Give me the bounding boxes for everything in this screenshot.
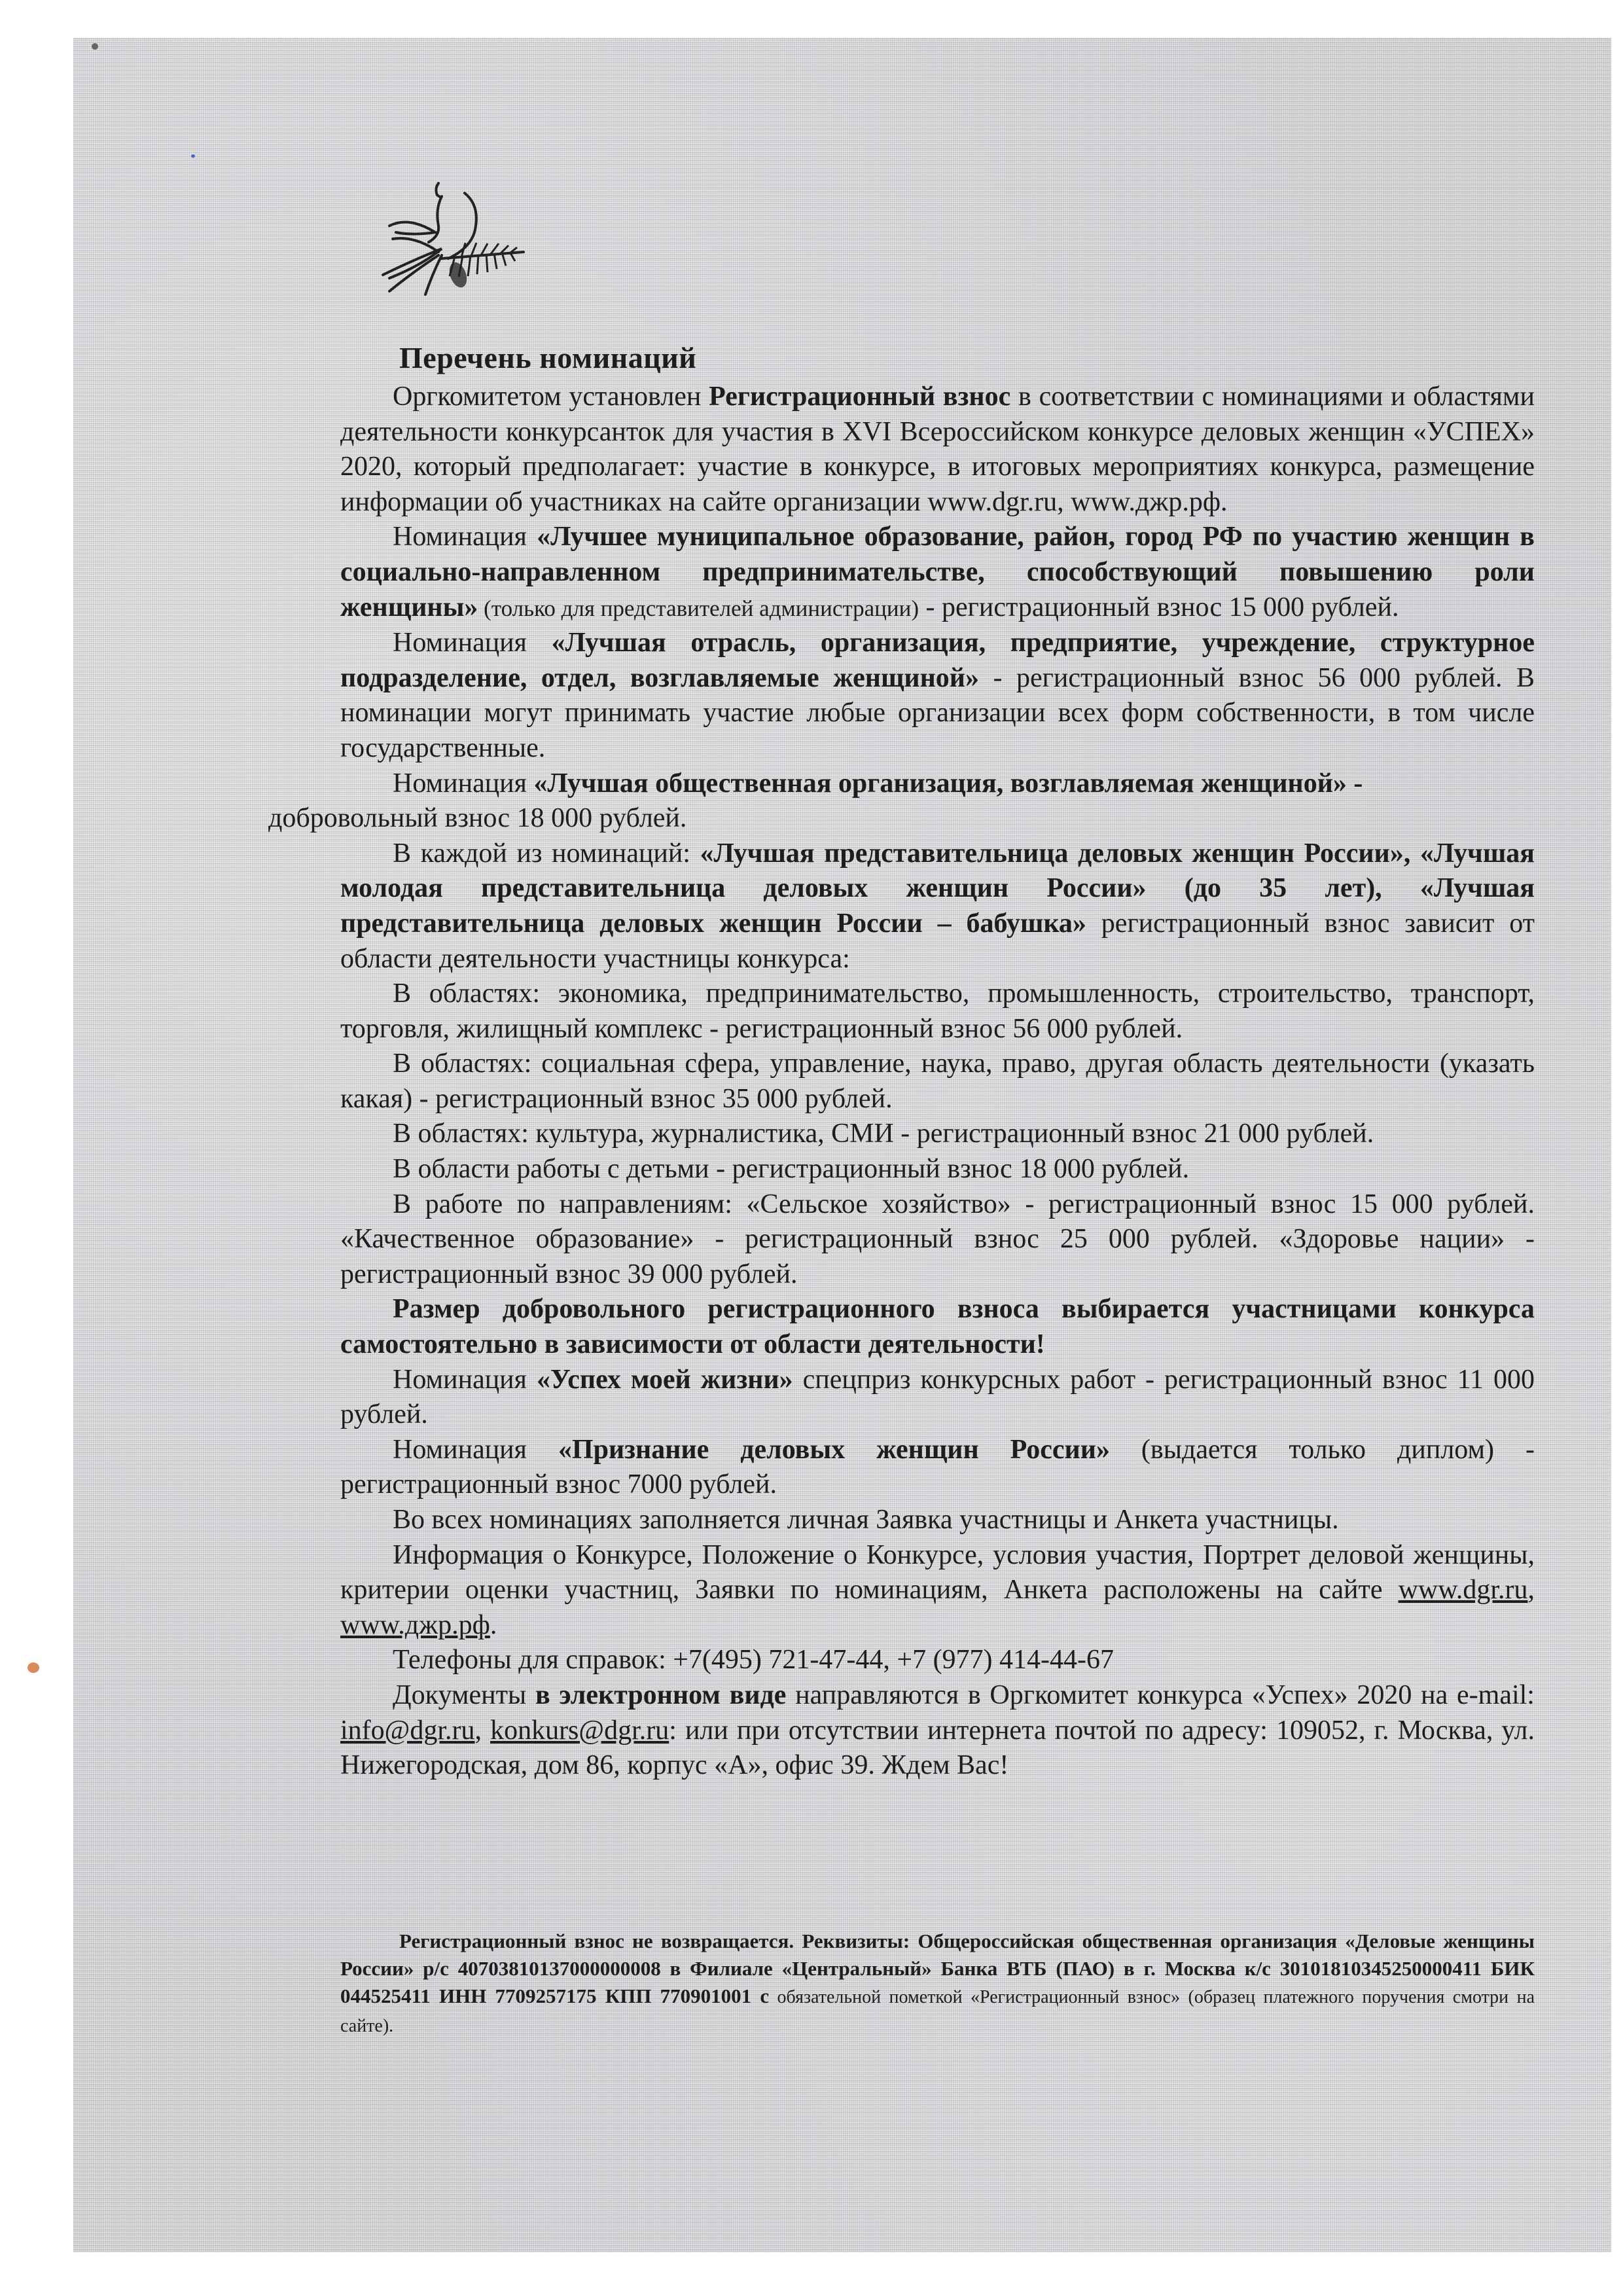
payment-details-footer: Регистрационный взнос не возвращается. Р…: [340, 1928, 1535, 2040]
info-sites: Информация о Конкурсе, Положение о Конку…: [340, 1538, 1535, 1643]
link-dgr-ru[interactable]: www.dgr.ru: [1399, 1575, 1528, 1605]
nomination-municipal: Номинация «Лучшее муниципальное образова…: [340, 520, 1535, 626]
fee-children: В области работы с детьми - регистрацион…: [340, 1152, 1535, 1187]
application-note: Во всех номинациях заполняется личная За…: [340, 1503, 1535, 1538]
nominations-representatives: В каждой из номинаций: «Лучшая представи…: [340, 836, 1535, 977]
nomination-title: «Лучшая общественная организация, возгла…: [533, 768, 1363, 798]
nomination-success-of-my-life: Номинация «Успех моей жизни» спецприз ко…: [340, 1363, 1535, 1433]
nomination-title: «Признание деловых женщин России»: [558, 1435, 1110, 1465]
bird-on-pine-branch-logo-icon: [376, 177, 546, 308]
fee-directions: В работе по направлениям: «Сельское хозя…: [340, 1187, 1535, 1293]
link-djr-rf[interactable]: www.джр.рф: [340, 1610, 490, 1640]
email-konkurs-link[interactable]: konkurs@dgr.ru: [490, 1715, 669, 1746]
paragraph-intro: Оргкомитетом установлен Регистрационный …: [340, 380, 1535, 520]
dark-speck: [92, 43, 98, 50]
voluntary-fee-note: Размер добровольного регистрационного вз…: [340, 1292, 1535, 1362]
fee-economy: В областях: экономика, предпринимательст…: [340, 977, 1535, 1047]
email-info-link[interactable]: info@dgr.ru: [340, 1715, 475, 1746]
fee-culture: В областях: культура, журналистика, СМИ …: [340, 1117, 1535, 1152]
document-body: Оргкомитетом установлен Регистрационный …: [340, 380, 1535, 1784]
nomination-industry: Номинация «Лучшая отрасль, организация, …: [340, 626, 1535, 766]
blue-speck: [191, 154, 195, 158]
registration-fee-emphasis: Регистрационный взнос: [709, 382, 1010, 412]
page-title: Перечень номинаций: [399, 340, 696, 375]
phones: Телефоны для справок: +7(495) 721-47-44,…: [340, 1643, 1535, 1678]
nomination-recognition: Номинация «Признание деловых женщин Росс…: [340, 1433, 1535, 1503]
fee-social: В областях: социальная сфера, управление…: [340, 1047, 1535, 1117]
nomination-title: «Успех моей жизни»: [537, 1365, 793, 1395]
submission-info: Документы в электронном виде направляютс…: [340, 1678, 1535, 1784]
orange-speck: [27, 1662, 39, 1673]
nomination-public-organization: Номинация «Лучшая общественная организац…: [340, 766, 1535, 836]
